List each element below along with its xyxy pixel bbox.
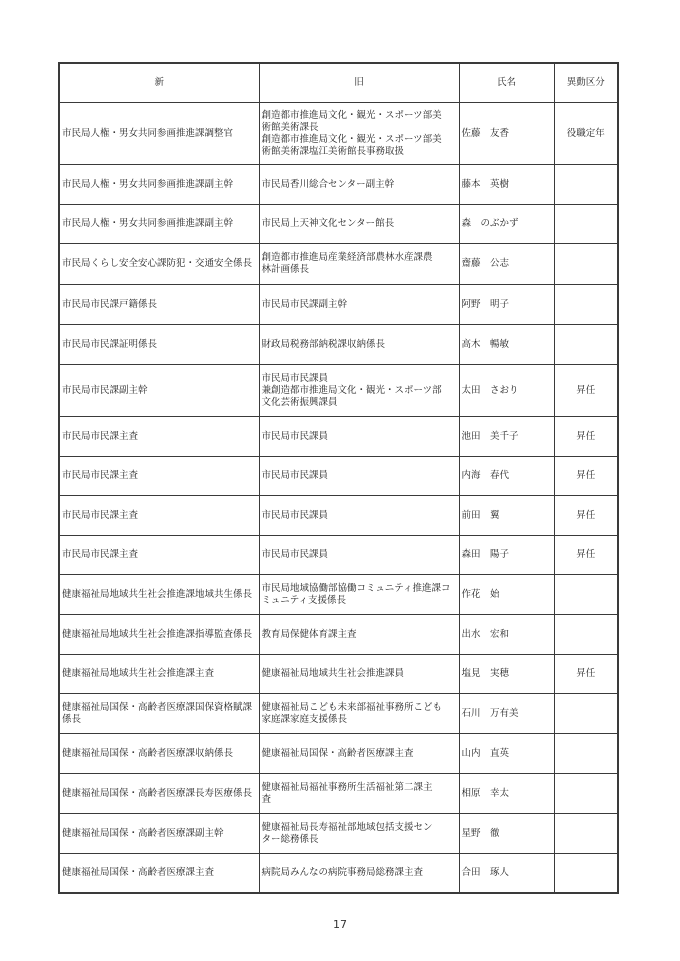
table-row: 市民局くらし安全安心課防犯・交通安全係長創造都市推進局産業経済部農林水産課農林計… (59, 244, 618, 285)
old-position-line: 財政局税務部納税課収納係長 (262, 339, 457, 351)
old-position-line: 健康福祉局長寿福祉部地域包括支援セン (262, 822, 457, 834)
cell-name: 山内 直英 (459, 734, 554, 774)
cell-transfer-type (554, 205, 618, 244)
cell-transfer-type: 昇任 (554, 496, 618, 536)
table-row: 健康福祉局国保・高齢者医療課主査病院局みんなの病院事務局総務課主査合田 琢人 (59, 854, 618, 893)
cell-name: 森 のぶかず (459, 205, 554, 244)
table-row: 市民局市民課証明係長財政局税務部納税課収納係長高木 暢敏 (59, 325, 618, 365)
header-transfer-type: 異動区分 (554, 63, 618, 103)
cell-transfer-type (554, 325, 618, 365)
cell-transfer-type (554, 854, 618, 893)
old-position-line: 市民局上天神文化センター館長 (262, 218, 457, 230)
cell-transfer-type (554, 575, 618, 615)
cell-old-position: 市民局市民課員兼創造都市推進局文化・観光・スポーツ部文化芸術振興課員 (259, 365, 459, 417)
cell-name: 相原 幸太 (459, 774, 554, 814)
cell-new-position: 健康福祉局国保・高齢者医療課主査 (59, 854, 259, 893)
old-position-line: 市民局市民課員 (262, 549, 457, 561)
old-position-line: 創造都市推進局産業経済部農林水産課農 (262, 252, 457, 264)
cell-new-position: 市民局市民課主査 (59, 417, 259, 457)
page-number: 17 (0, 918, 680, 931)
old-position-line: ター総務係長 (262, 834, 457, 846)
old-position-line: 健康福祉局こども未来部福祉事務所こども (262, 702, 457, 714)
table-row: 市民局市民課主査市民局市民課員内海 春代昇任 (59, 457, 618, 496)
cell-new-position: 健康福祉局国保・高齢者医療課収納係長 (59, 734, 259, 774)
old-position-line: 家庭課家庭支援係長 (262, 714, 457, 726)
old-position-line: 査 (262, 794, 457, 806)
cell-old-position: 健康福祉局地域共生社会推進課員 (259, 655, 459, 694)
cell-new-position: 市民局市民課戸籍係長 (59, 285, 259, 325)
cell-old-position: 市民局上天神文化センター館長 (259, 205, 459, 244)
cell-new-position: 市民局市民課主査 (59, 536, 259, 575)
old-position-line: 市民局市民課員 (262, 431, 457, 443)
old-position-line: 術館美術課長 (262, 122, 457, 134)
cell-old-position: 健康福祉局福祉事務所生活福祉第二課主査 (259, 774, 459, 814)
cell-transfer-type: 昇任 (554, 457, 618, 496)
cell-transfer-type: 昇任 (554, 655, 618, 694)
old-position-line: 市民局地域協働部協働コミュニティ推進課コ (262, 583, 457, 595)
document-page: 新 旧 氏名 異動区分 市民局人権・男女共同参画推進課調整官創造都市推進局文化・… (0, 0, 680, 961)
table-row: 健康福祉局国保・高齢者医療課副主幹健康福祉局長寿福祉部地域包括支援センター総務係… (59, 814, 618, 854)
old-position-line: 市民局香川総合センター副主幹 (262, 179, 457, 191)
cell-new-position: 市民局人権・男女共同参画推進課副主幹 (59, 205, 259, 244)
cell-old-position: 市民局市民課副主幹 (259, 285, 459, 325)
cell-transfer-type (554, 694, 618, 734)
cell-name: 塩見 実穂 (459, 655, 554, 694)
table-row: 健康福祉局国保・高齢者医療課長寿医療係長健康福祉局福祉事務所生活福祉第二課主査相… (59, 774, 618, 814)
cell-name: 星野 徹 (459, 814, 554, 854)
cell-old-position: 市民局市民課員 (259, 417, 459, 457)
cell-transfer-type: 昇任 (554, 365, 618, 417)
cell-new-position: 市民局人権・男女共同参画推進課副主幹 (59, 165, 259, 205)
table-row: 市民局人権・男女共同参画推進課副主幹市民局上天神文化センター館長森 のぶかず (59, 205, 618, 244)
table-row: 健康福祉局地域共生社会推進課主査健康福祉局地域共生社会推進課員塩見 実穂昇任 (59, 655, 618, 694)
cell-name: 高木 暢敏 (459, 325, 554, 365)
old-position-line: 林計画係長 (262, 264, 457, 276)
cell-name: 石川 万有美 (459, 694, 554, 734)
cell-name: 前田 翼 (459, 496, 554, 536)
cell-new-position: 市民局市民課副主幹 (59, 365, 259, 417)
table-row: 市民局市民課主査市民局市民課員森田 陽子昇任 (59, 536, 618, 575)
old-position-line: 市民局市民課員 (262, 470, 457, 482)
old-position-line: 市民局市民課員 (262, 510, 457, 522)
cell-old-position: 創造都市推進局文化・観光・スポーツ部美術館美術課長創造都市推進局文化・観光・スポ… (259, 103, 459, 165)
table-row: 市民局市民課戸籍係長市民局市民課副主幹阿野 明子 (59, 285, 618, 325)
cell-old-position: 市民局市民課員 (259, 536, 459, 575)
table-row: 市民局市民課副主幹市民局市民課員兼創造都市推進局文化・観光・スポーツ部文化芸術振… (59, 365, 618, 417)
old-position-line: 創造都市推進局文化・観光・スポーツ部美 (262, 134, 457, 146)
table-row: 健康福祉局地域共生社会推進課指導監査係長教育局保健体育課主査出水 宏和 (59, 615, 618, 655)
table-row: 健康福祉局地域共生社会推進課地域共生係長市民局地域協働部協働コミュニティ推進課コ… (59, 575, 618, 615)
cell-name: 作花 始 (459, 575, 554, 615)
table-row: 市民局人権・男女共同参画推進課調整官創造都市推進局文化・観光・スポーツ部美術館美… (59, 103, 618, 165)
table-row: 市民局人権・男女共同参画推進課副主幹市民局香川総合センター副主幹藤本 英樹 (59, 165, 618, 205)
cell-transfer-type: 役職定年 (554, 103, 618, 165)
old-position-line: 健康福祉局福祉事務所生活福祉第二課主 (262, 782, 457, 794)
cell-new-position: 健康福祉局地域共生社会推進課主査 (59, 655, 259, 694)
cell-name: 出水 宏和 (459, 615, 554, 655)
table-row: 健康福祉局国保・高齢者医療課国保資格賦課係長健康福祉局こども未来部福祉事務所こど… (59, 694, 618, 734)
cell-old-position: 市民局地域協働部協働コミュニティ推進課コミュニティ支援係長 (259, 575, 459, 615)
old-position-line: 病院局みんなの病院事務局総務課主査 (262, 867, 457, 879)
cell-new-position: 健康福祉局国保・高齢者医療課国保資格賦課係長 (59, 694, 259, 734)
cell-new-position: 市民局市民課主査 (59, 496, 259, 536)
cell-old-position: 健康福祉局こども未来部福祉事務所こども家庭課家庭支援係長 (259, 694, 459, 734)
personnel-transfer-table: 新 旧 氏名 異動区分 市民局人権・男女共同参画推進課調整官創造都市推進局文化・… (58, 62, 619, 894)
cell-transfer-type: 昇任 (554, 536, 618, 575)
header-old-position: 旧 (259, 63, 459, 103)
cell-old-position: 健康福祉局国保・高齢者医療課主査 (259, 734, 459, 774)
cell-transfer-type (554, 814, 618, 854)
header-row: 新 旧 氏名 異動区分 (59, 63, 618, 103)
cell-name: 佐藤 友香 (459, 103, 554, 165)
old-position-line: 健康福祉局国保・高齢者医療課主査 (262, 748, 457, 760)
cell-old-position: 病院局みんなの病院事務局総務課主査 (259, 854, 459, 893)
table-row: 市民局市民課主査市民局市民課員池田 美千子昇任 (59, 417, 618, 457)
header-name: 氏名 (459, 63, 554, 103)
cell-transfer-type: 昇任 (554, 417, 618, 457)
old-position-line: 文化芸術振興課員 (262, 397, 457, 409)
cell-new-position: 健康福祉局地域共生社会推進課指導監査係長 (59, 615, 259, 655)
cell-transfer-type (554, 165, 618, 205)
old-position-line: 市民局市民課員 (262, 373, 457, 385)
cell-name: 内海 春代 (459, 457, 554, 496)
cell-old-position: 教育局保健体育課主査 (259, 615, 459, 655)
cell-new-position: 市民局人権・男女共同参画推進課調整官 (59, 103, 259, 165)
old-position-line: 創造都市推進局文化・観光・スポーツ部美 (262, 110, 457, 122)
cell-name: 池田 美千子 (459, 417, 554, 457)
cell-transfer-type (554, 774, 618, 814)
old-position-line: 市民局市民課副主幹 (262, 299, 457, 311)
cell-name: 藤本 英樹 (459, 165, 554, 205)
table-row: 健康福祉局国保・高齢者医療課収納係長健康福祉局国保・高齢者医療課主査山内 直英 (59, 734, 618, 774)
cell-new-position: 健康福祉局国保・高齢者医療課長寿医療係長 (59, 774, 259, 814)
old-position-line: 健康福祉局地域共生社会推進課員 (262, 668, 457, 680)
cell-name: 合田 琢人 (459, 854, 554, 893)
table-body: 市民局人権・男女共同参画推進課調整官創造都市推進局文化・観光・スポーツ部美術館美… (59, 103, 618, 893)
header-new-position: 新 (59, 63, 259, 103)
cell-transfer-type (554, 244, 618, 285)
cell-old-position: 市民局香川総合センター副主幹 (259, 165, 459, 205)
cell-old-position: 健康福祉局長寿福祉部地域包括支援センター総務係長 (259, 814, 459, 854)
cell-name: 森田 陽子 (459, 536, 554, 575)
old-position-line: 術館美術課塩江美術館長事務取扱 (262, 146, 457, 158)
cell-name: 太田 さおり (459, 365, 554, 417)
cell-transfer-type (554, 285, 618, 325)
cell-new-position: 健康福祉局国保・高齢者医療課副主幹 (59, 814, 259, 854)
old-position-line: 兼創造都市推進局文化・観光・スポーツ部 (262, 385, 457, 397)
table-row: 市民局市民課主査市民局市民課員前田 翼昇任 (59, 496, 618, 536)
cell-name: 阿野 明子 (459, 285, 554, 325)
cell-new-position: 市民局くらし安全安心課防犯・交通安全係長 (59, 244, 259, 285)
cell-transfer-type (554, 615, 618, 655)
cell-new-position: 市民局市民課証明係長 (59, 325, 259, 365)
cell-old-position: 市民局市民課員 (259, 496, 459, 536)
cell-name: 齋藤 公志 (459, 244, 554, 285)
old-position-line: 教育局保健体育課主査 (262, 629, 457, 641)
cell-transfer-type (554, 734, 618, 774)
cell-new-position: 健康福祉局地域共生社会推進課地域共生係長 (59, 575, 259, 615)
old-position-line: ミュニティ支援係長 (262, 595, 457, 607)
cell-new-position: 市民局市民課主査 (59, 457, 259, 496)
cell-old-position: 市民局市民課員 (259, 457, 459, 496)
cell-old-position: 創造都市推進局産業経済部農林水産課農林計画係長 (259, 244, 459, 285)
cell-old-position: 財政局税務部納税課収納係長 (259, 325, 459, 365)
